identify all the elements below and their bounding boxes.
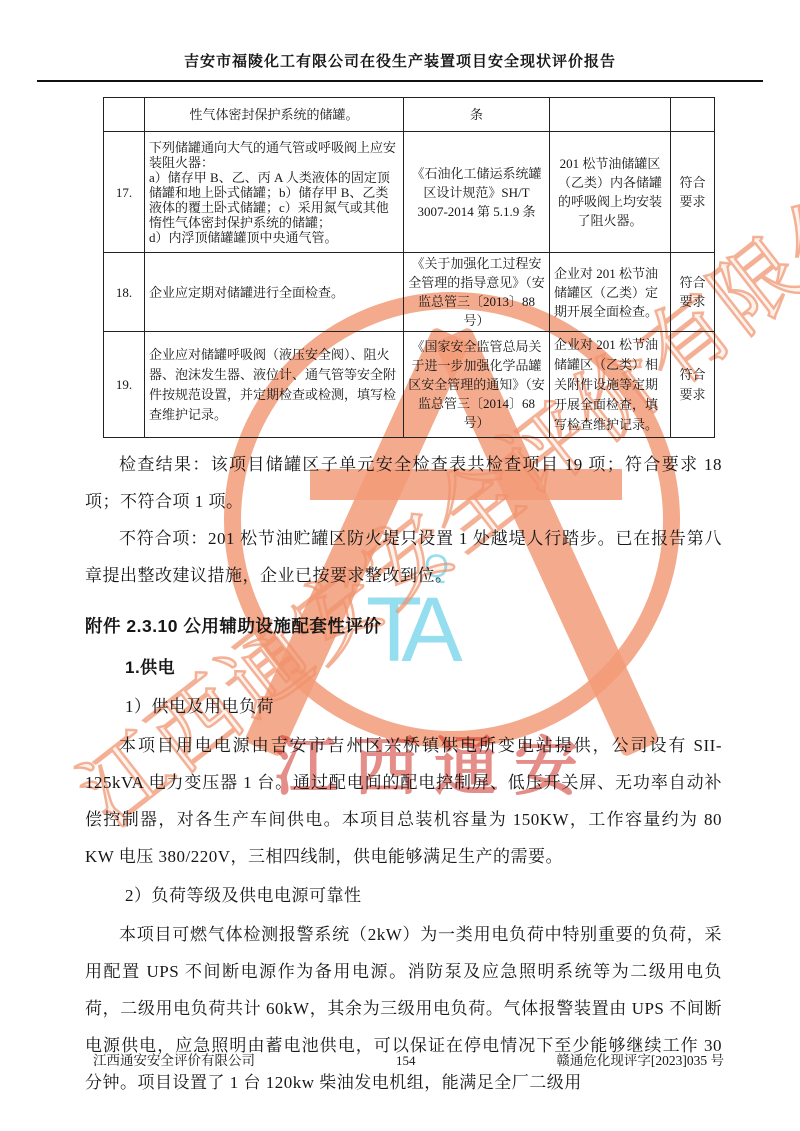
cell-check-item: 企业应定期对储罐进行全面检查。 bbox=[145, 253, 404, 332]
table-row: 17. 下列储罐通向大气的通气管或呼吸阀上应安装阻火器： a）储存甲 B、乙、丙… bbox=[104, 132, 715, 253]
cell-check-item: 性气体密封保护系统的储罐。 bbox=[145, 98, 404, 132]
cell-row-number bbox=[104, 98, 145, 132]
body-text: 检查结果：该项目储罐区子单元安全检查表共检查项目 19 项；符合要求 18 项；… bbox=[0, 438, 800, 1101]
cell-status bbox=[550, 98, 671, 132]
paragraph-load-level: 本项目可燃气体检测报警系统（2kW）为一类用电负荷中特别重要的负荷，采用配置 U… bbox=[85, 916, 722, 1101]
cell-row-number: 18. bbox=[104, 253, 145, 332]
page-header: 吉安市福陵化工有限公司在役生产装置项目安全现状评价报告 bbox=[0, 0, 800, 82]
cell-conclusion: 符合要求 bbox=[671, 132, 715, 253]
cell-conclusion bbox=[671, 98, 715, 132]
document-page: Q TA 江西通安安全评价有限公司 江西通安 吉安市福陵化工有限公司在役生产装置… bbox=[0, 0, 800, 1131]
cell-conclusion: 符合要求 bbox=[671, 332, 715, 438]
report-title: 吉安市福陵化工有限公司在役生产装置项目安全现状评价报告 bbox=[0, 50, 800, 71]
cell-status: 企业对 201 松节油储罐区（乙类）定期开展全面检查。 bbox=[550, 253, 671, 332]
paragraph-check-result: 检查结果：该项目储罐区子单元安全检查表共检查项目 19 项；符合要求 18 项；… bbox=[85, 446, 722, 520]
footer-company: 江西通安安全评价有限公司 bbox=[93, 1050, 255, 1072]
table-row: 19. 企业应对储罐呼吸阀（液压安全阀）、阻火器、泡沫发生器、液位计、通气管等安… bbox=[104, 332, 715, 438]
cell-check-item: 下列储罐通向大气的通气管或呼吸阀上应安装阻火器： a）储存甲 B、乙、丙 A 人… bbox=[145, 132, 404, 253]
cell-status: 201 松节油储罐区（乙类）内各储罐的呼吸阀上均安装了阻火器。 bbox=[550, 132, 671, 253]
table-row: 18. 企业应定期对储罐进行全面检查。 《关于加强化工过程安全管理的指导意见》（… bbox=[104, 253, 715, 332]
page-content: 吉安市福陵化工有限公司在役生产装置项目安全现状评价报告 性气体密封保护系统的储罐… bbox=[0, 0, 800, 1131]
cell-basis: 条 bbox=[404, 98, 550, 132]
item-heading-supply-load: 1）供电及用电负荷 bbox=[125, 688, 722, 725]
header-divider bbox=[37, 80, 763, 82]
paragraph-nonconformity: 不符合项：201 松节油贮罐区防火堤只设置 1 处越堤人行踏步。已在报告第八章提… bbox=[85, 520, 722, 594]
page-footer: 江西通安安全评价有限公司 154 赣通危化现评字[2023]035 号 bbox=[0, 1050, 800, 1072]
cell-row-number: 19. bbox=[104, 332, 145, 438]
safety-checklist-table: 性气体密封保护系统的储罐。 条 17. 下列储罐通向大气的通气管或呼吸阀上应安装… bbox=[103, 97, 715, 438]
footer-page-number: 154 bbox=[396, 1050, 416, 1072]
subsection-heading-power: 1.供电 bbox=[125, 649, 722, 686]
cell-basis: 《石油化工储运系统罐区设计规范》SH/T 3007-2014 第 5.1.9 条 bbox=[404, 132, 550, 253]
cell-basis: 《国家安全监管总局关于进一步加强化学品罐区安全管理的通知》（安监总管三〔2014… bbox=[404, 332, 550, 438]
cell-row-number: 17. bbox=[104, 132, 145, 253]
cell-conclusion: 符合要求 bbox=[671, 253, 715, 332]
cell-basis: 《关于加强化工过程安全管理的指导意见》（安监总管三〔2013〕88 号） bbox=[404, 253, 550, 332]
item-heading-load-level: 2）负荷等级及供电电源可靠性 bbox=[125, 877, 722, 914]
cell-status: 企业对 201 松节油储罐区（乙类）相关附件设施等定期开展全面检查，填写检查维护… bbox=[550, 332, 671, 438]
cell-check-item: 企业应对储罐呼吸阀（液压安全阀）、阻火器、泡沫发生器、液位计、通气管等安全附件按… bbox=[145, 332, 404, 438]
footer-doc-number: 赣通危化现评字[2023]035 号 bbox=[556, 1050, 724, 1072]
section-heading-annex: 附件 2.3.10 公用辅助设施配套性评价 bbox=[85, 608, 722, 645]
paragraph-power-supply: 本项目用电电源由吉安市吉州区兴桥镇供电所变电站提供，公司设有 SII-125kV… bbox=[85, 727, 722, 875]
table-row: 性气体密封保护系统的储罐。 条 bbox=[104, 98, 715, 132]
